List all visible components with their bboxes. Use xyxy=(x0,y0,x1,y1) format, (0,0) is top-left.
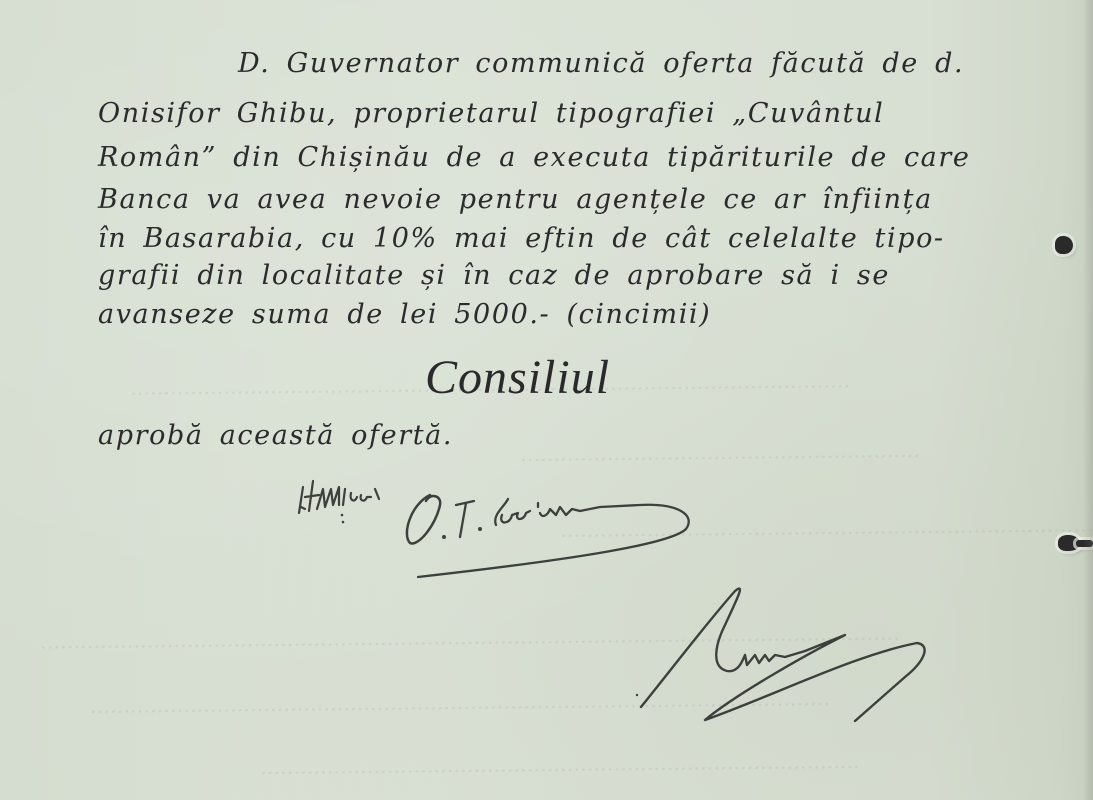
bleed-through-text: ……………………………………………………………………………… xyxy=(260,749,860,779)
council-heading: Consiliul xyxy=(425,350,610,405)
punch-hole-upper xyxy=(1055,236,1073,254)
bleed-through-text: …………………………………………………… xyxy=(520,438,920,466)
resolution-text: aprobă această ofertă. xyxy=(98,420,453,451)
paragraph-line-3: Român” din Chișinău de a executa tipărit… xyxy=(98,142,970,173)
paragraph-line-7: avanseze suma de lei 5000.- (cincimii) xyxy=(98,299,711,330)
signature-2-icon xyxy=(400,485,700,585)
signature-1-icon xyxy=(295,475,415,535)
page-edge-shadow xyxy=(1083,0,1093,800)
paragraph-line-6: grafii din localitate și în caz de aprob… xyxy=(98,260,890,291)
paragraph-line-1: D. Guvernator communică oferta făcută de… xyxy=(238,48,964,79)
signature-3-icon xyxy=(635,585,935,725)
scanned-document-page: ……………………………………………………………………………………………… ………… xyxy=(0,0,1093,800)
paragraph-line-4: Banca va avea nevoie pentru agențele ce … xyxy=(98,184,933,215)
paragraph-line-5: în Basarabia, cu 10% mai eftin de cât ce… xyxy=(98,223,945,254)
paragraph-line-2: Onisifor Ghibu, proprietarul tipografiei… xyxy=(98,98,884,129)
